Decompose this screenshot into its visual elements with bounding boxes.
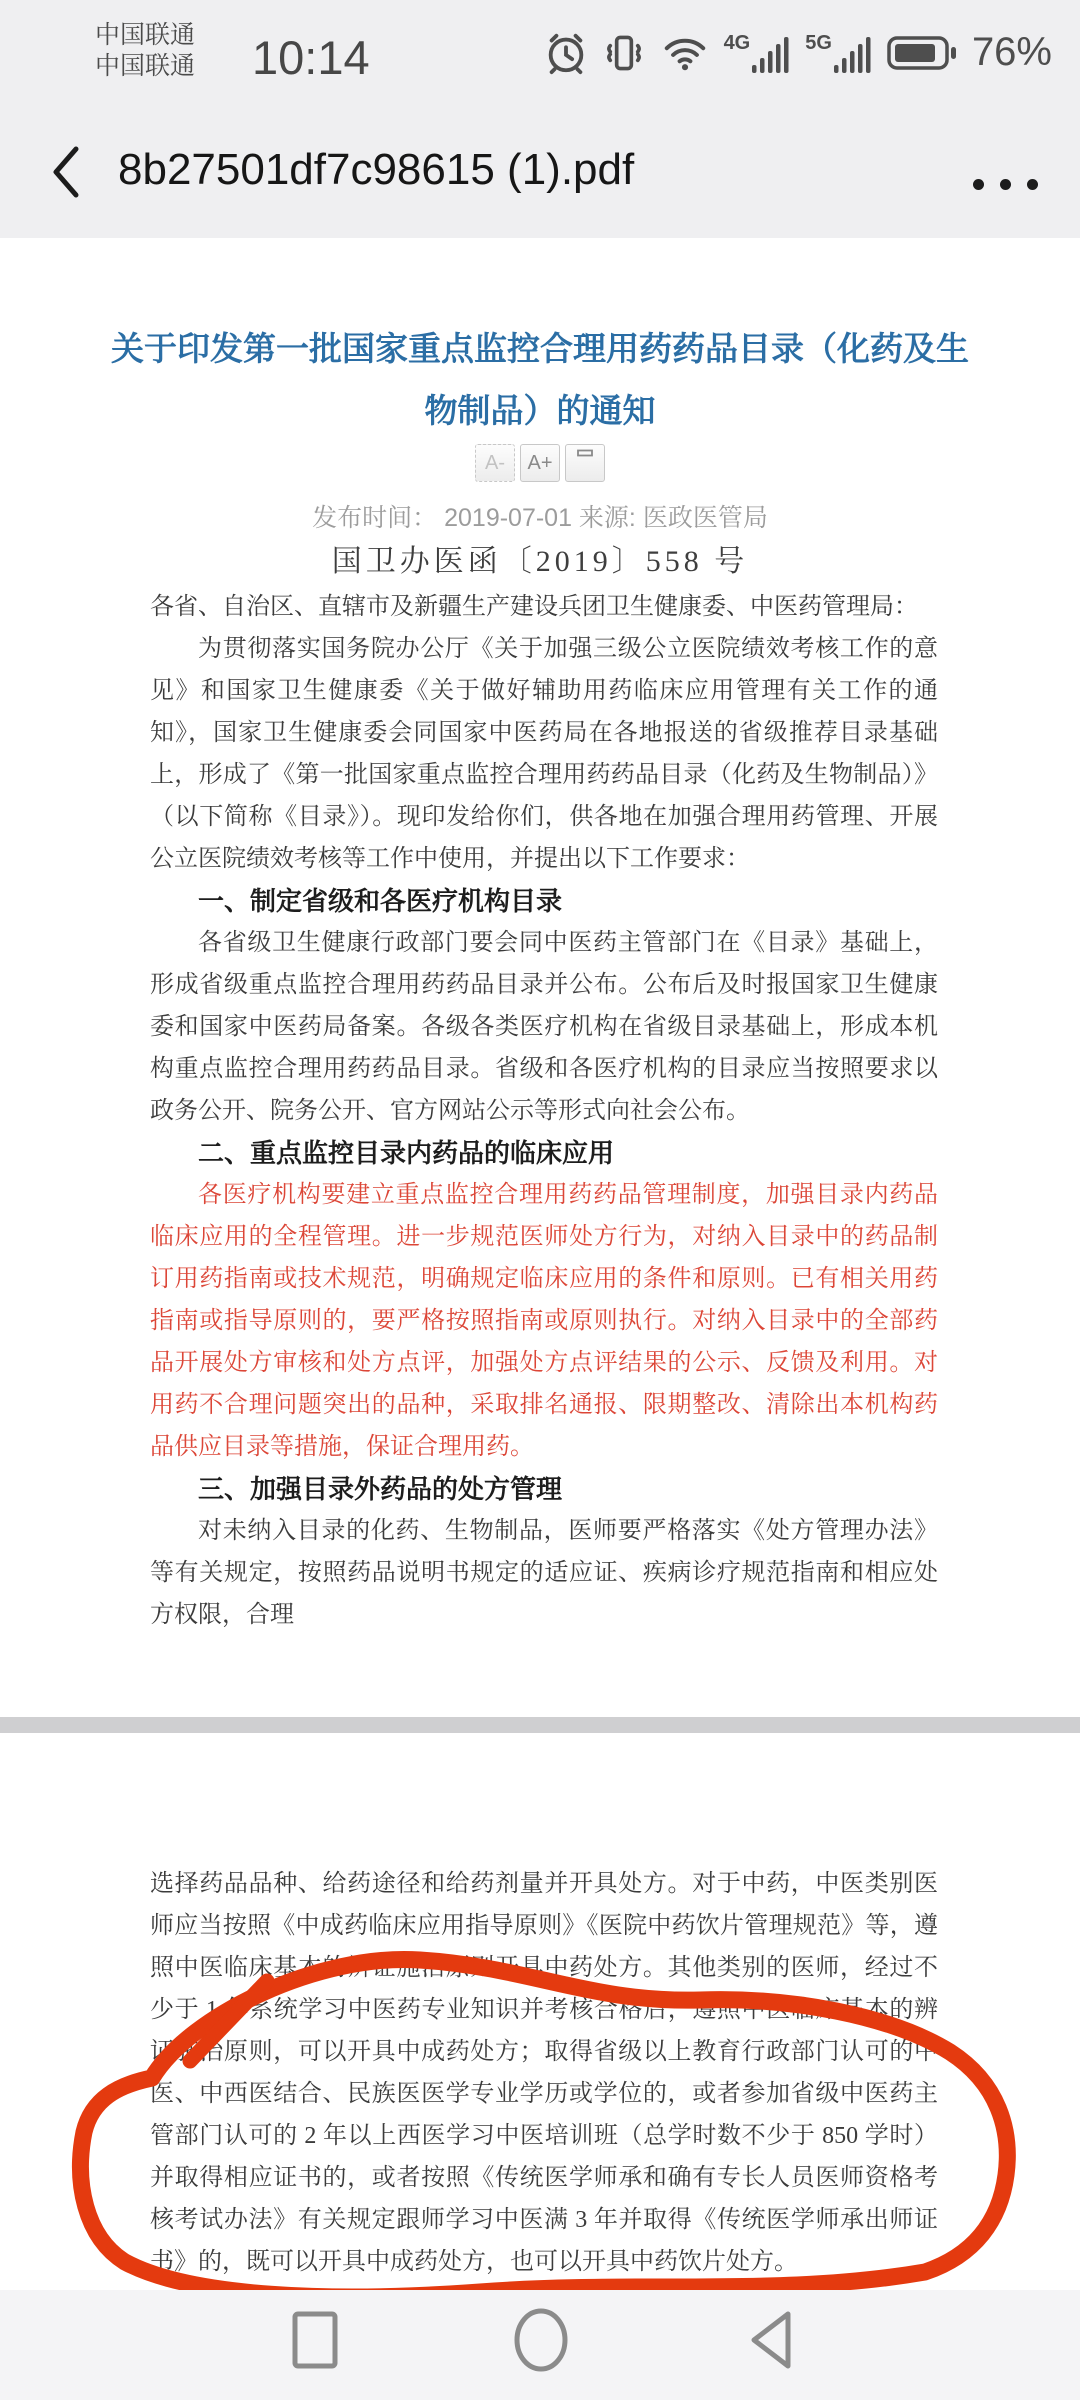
back-triangle-icon[interactable] xyxy=(744,2308,798,2377)
paragraph: 为贯彻落实国务院办公厅《关于加强三级公立医院绩效考核工作的意见》和国家卫生健康委… xyxy=(150,628,938,880)
vibrate-icon xyxy=(602,30,646,76)
status-bar: 中国联通 中国联通 10:14 xyxy=(0,0,1080,105)
pdf-page-2: 选择药品品种、给药途径和给药剂量并开具处方。对于中药，中医类别医师应当按照《中成… xyxy=(0,1733,1080,2290)
paragraph: 各省级卫生健康行政部门要会同中医药主管部门在《目录》基础上，形成省级重点监控合理… xyxy=(150,922,938,1132)
page-separator xyxy=(0,1717,1080,1733)
home-circle-icon[interactable] xyxy=(512,2306,570,2379)
status-clock: 10:14 xyxy=(252,30,370,85)
carrier-line1: 中国联通 xyxy=(95,20,195,51)
alarm-icon xyxy=(543,30,589,76)
android-nav-bar xyxy=(0,2290,1080,2400)
publish-meta: 发布时间： 2019-07-01 来源: 医政医管局 xyxy=(0,498,1080,534)
document-title: 关于印发第一批国家重点监控合理用药药品目录（化药及生物制品）的通知 xyxy=(100,318,980,442)
signal-4g-icon: 4G xyxy=(724,31,793,75)
document-number: 国卫办医函〔2019〕558 号 xyxy=(0,536,1080,580)
page2-body-text: 选择药品品种、给药途径和给药剂量并开具处方。对于中药，中医类别医师应当按照《中成… xyxy=(150,1863,938,2283)
phone-screen: 中国联通 中国联通 10:14 xyxy=(0,0,1080,2400)
paragraph: 各医疗机构要建立重点监控合理用药药品管理制度，加强目录内药品临床应用的全程管理。… xyxy=(150,1174,938,1468)
paragraph: 各省、自治区、直辖市及新疆生产建设兵团卫生健康委、中医药管理局： xyxy=(150,586,938,628)
back-icon[interactable] xyxy=(46,141,90,208)
paragraph: 选择药品品种、给药途径和给药剂量并开具处方。对于中药，中医类别医师应当按照《中成… xyxy=(150,1863,938,2283)
section-heading: 二、重点监控目录内药品的临床应用 xyxy=(150,1132,938,1174)
print-button[interactable] xyxy=(565,444,605,482)
carrier-line2: 中国联通 xyxy=(95,51,195,82)
page1-body-text: 各省、自治区、直辖市及新疆生产建设兵团卫生健康委、中医药管理局：为贯彻落实国务院… xyxy=(150,586,938,1636)
pdf-page-1: 关于印发第一批国家重点监控合理用药药品目录（化药及生物制品）的通知 A- A+ … xyxy=(0,238,1080,1717)
signal-5g-icon: 5G xyxy=(805,31,874,75)
printer-icon xyxy=(573,449,597,477)
font-toolbar: A- A+ xyxy=(0,444,1080,482)
battery-percent: 76% xyxy=(972,30,1052,75)
section-heading: 三、加强目录外药品的处方管理 xyxy=(150,1468,938,1510)
font-decrease-button[interactable]: A- xyxy=(475,444,515,482)
wifi-icon xyxy=(659,30,711,76)
font-increase-button[interactable]: A+ xyxy=(520,444,560,482)
section-heading: 一、制定省级和各医疗机构目录 xyxy=(150,880,938,922)
paragraph: 对未纳入目录的化药、生物制品，医师要严格落实《处方管理办法》等有关规定，按照药品… xyxy=(150,1510,938,1636)
recents-square-icon[interactable] xyxy=(291,2310,339,2375)
carrier-labels: 中国联通 中国联通 xyxy=(95,20,195,82)
pdf-filename: 8b27501df7c98615 (1).pdf xyxy=(118,145,634,195)
battery-icon xyxy=(887,35,959,71)
more-menu-icon[interactable] xyxy=(973,179,1038,190)
title-bar: 8b27501df7c98615 (1).pdf xyxy=(0,105,1080,239)
